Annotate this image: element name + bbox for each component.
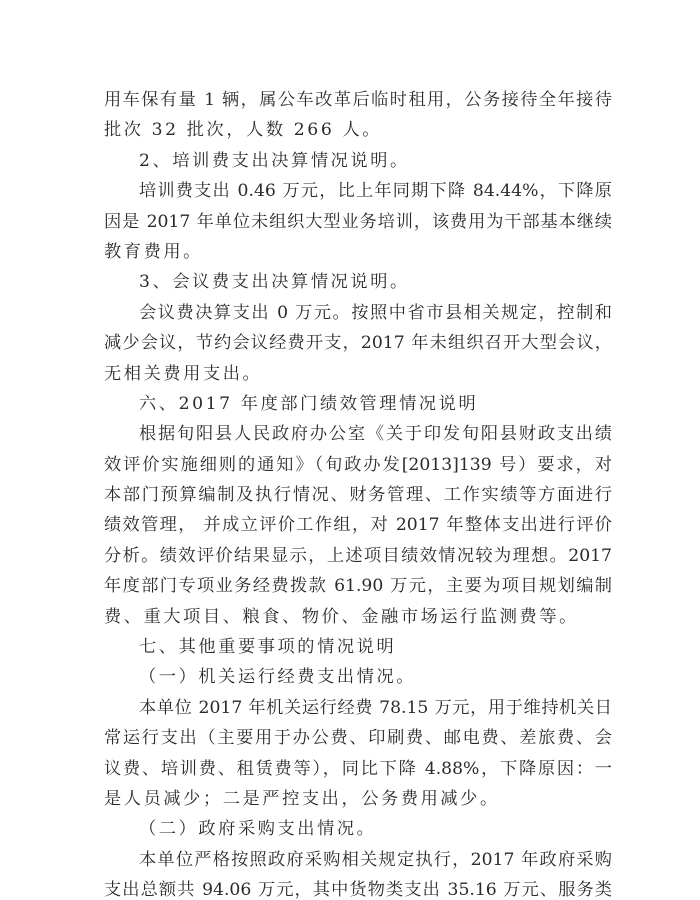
text-line: 培训费支出 0.46 万元，比上年同期下降 84.44%，下降原 <box>104 176 612 206</box>
text-line: （一）机关运行经费支出情况。 <box>104 662 612 692</box>
text-line: 会议费决算支出 0 万元。按照中省市县相关规定，控制和 <box>104 298 612 328</box>
text-line: 教育费用。 <box>104 237 612 267</box>
text-line: 本单位严格按照政府采购相关规定执行，2017 年政府采购 <box>104 845 612 875</box>
text-line: 3、会议费支出决算情况说明。 <box>104 267 612 297</box>
text-line: 七、其他重要事项的情况说明 <box>104 632 612 662</box>
text-line: 议费、培训费、租赁费等），同比下降 4.88%，下降原因：一 <box>104 754 612 784</box>
text-line: 支出总额共 94.06 万元，其中货物类支出 35.16 万元、服务类 <box>104 875 612 900</box>
text-line: 绩效管理， 并成立评价工作组，对 2017 年整体支出进行评价 <box>104 510 612 540</box>
text-line: 用车保有量 1 辆，属公车改革后临时租用，公务接待全年接待 <box>104 85 612 115</box>
text-line: 2、培训费支出决算情况说明。 <box>104 146 612 176</box>
text-line: 是人员减少；二是严控支出，公务费用减少。 <box>104 784 612 814</box>
document-page: 用车保有量 1 辆，属公车改革后临时租用，公务接待全年接待批次 32 批次，人数… <box>104 85 612 900</box>
text-line: 减少会议，节约会议经费开支，2017 年未组织召开大型会议， <box>104 328 612 358</box>
text-line: 无相关费用支出。 <box>104 359 612 389</box>
text-line: 分析。绩效评价结果显示，上述项目绩效情况较为理想。2017 <box>104 541 612 571</box>
text-line: 本单位 2017 年机关运行经费 78.15 万元，用于维持机关日 <box>104 693 612 723</box>
text-line: 费、重大项目、粮食、物价、金融市场运行监测费等。 <box>104 602 612 632</box>
text-line: 六、2017 年度部门绩效管理情况说明 <box>104 389 612 419</box>
text-line: 批次 32 批次，人数 266 人。 <box>104 115 612 145</box>
text-line: 年度部门专项业务经费拨款 61.90 万元，主要为项目规划编制 <box>104 571 612 601</box>
text-line: （二）政府采购支出情况。 <box>104 814 612 844</box>
text-line: 本部门预算编制及执行情况、财务管理、工作实绩等方面进行 <box>104 480 612 510</box>
text-line: 常运行支出（主要用于办公费、印刷费、邮电费、差旅费、会 <box>104 723 612 753</box>
text-line: 根据旬阳县人民政府办公室《关于印发旬阳县财政支出绩 <box>104 419 612 449</box>
text-line: 效评价实施细则的通知》（旬政办发[2013]139 号）要求，对 <box>104 450 612 480</box>
text-line: 因是 2017 年单位未组织大型业务培训，该费用为干部基本继续 <box>104 207 612 237</box>
